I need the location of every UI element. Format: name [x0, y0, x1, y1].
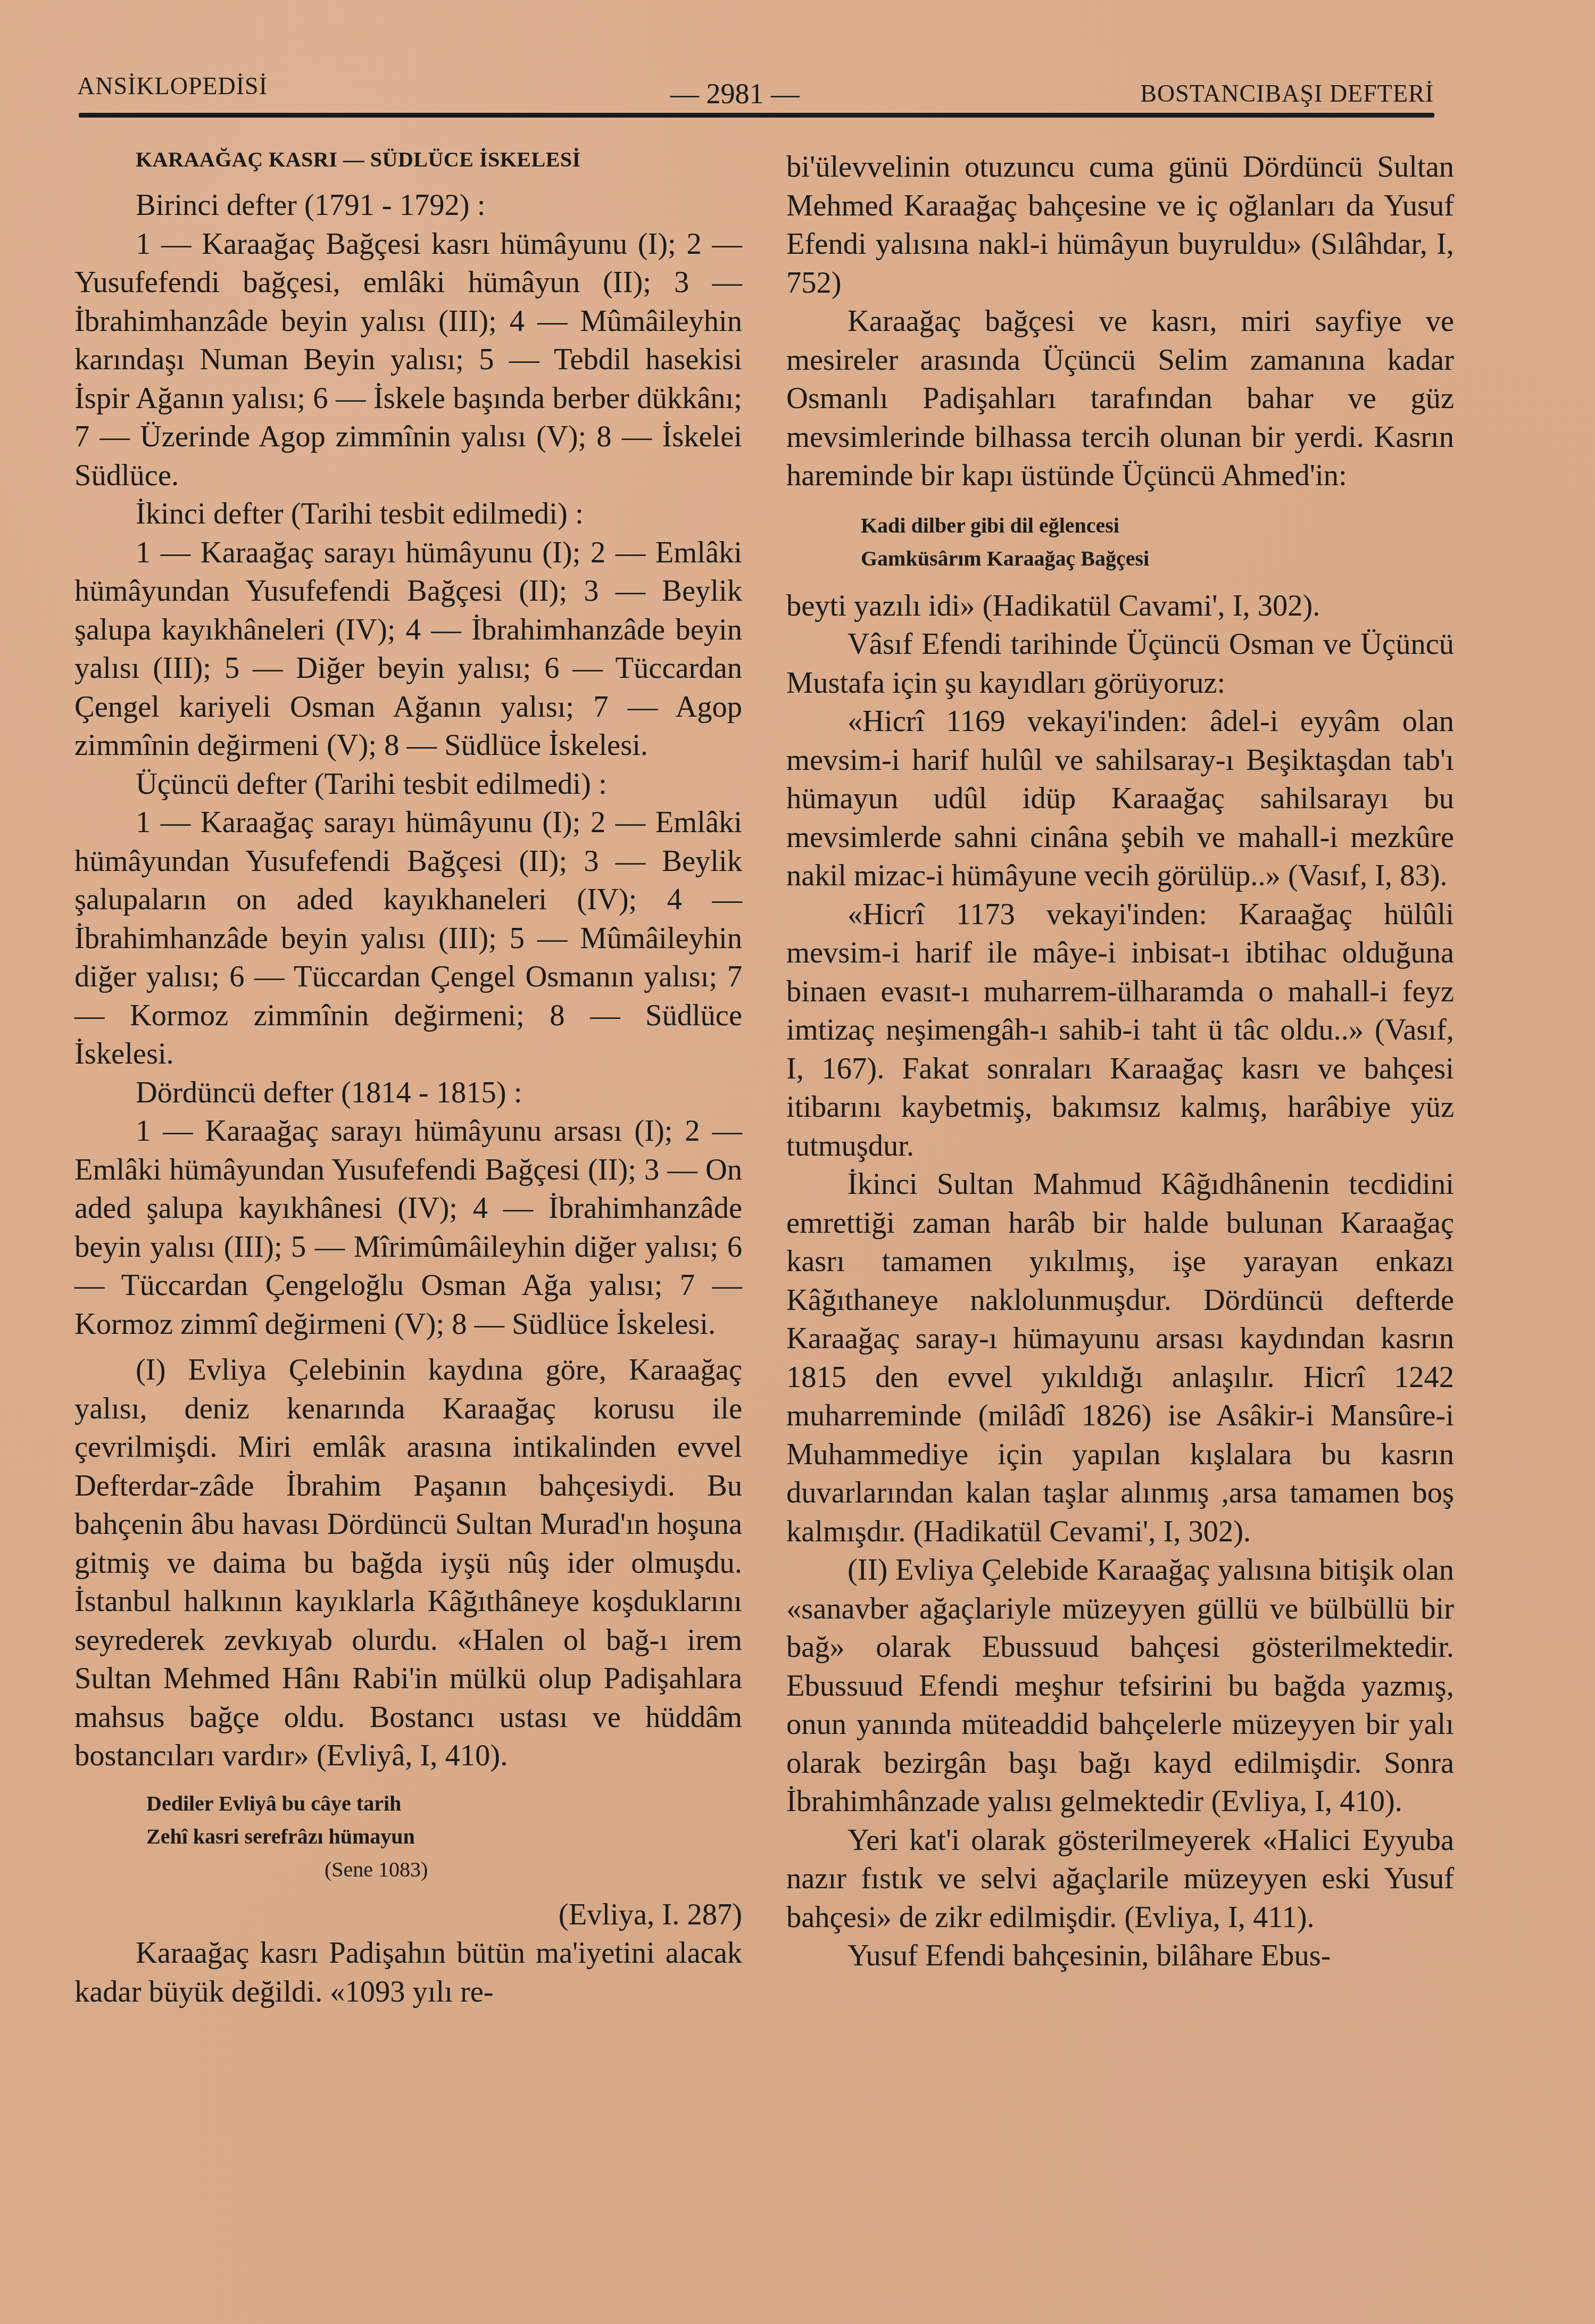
section-title: KARAAĞAÇ KASRI — SÜDLÜCE İSKELESİ — [74, 144, 742, 176]
paragraph: Karaağaç kasrı Padişahın bütün ma'iyetin… — [74, 1934, 742, 2011]
footnote-paragraph: (II) Evliya Çelebide Karaağaç yalısına b… — [786, 1551, 1454, 1821]
paragraph: Birinci defter (1791 - 1792) : — [74, 186, 742, 225]
header-right-title: BOSTANCIBAŞI DEFTERİ — [1140, 79, 1434, 107]
verse-line: Zehî kasri serefrâzı hümayun — [146, 1820, 742, 1853]
page-number: — 2981 — — [670, 77, 800, 110]
paragraph: «Hicrî 1173 vekayi'inden: Karaağaç hülûl… — [786, 895, 1454, 1166]
verse-year: (Sene 1083) — [146, 1853, 742, 1886]
paragraph: Üçüncü defter (Tarihi tesbit edilmedi) : — [74, 765, 742, 804]
paragraph: Yusuf Efendi bahçesinin, bilâhare Ebus- — [786, 1937, 1454, 1976]
paragraph: 1 — Karaağaç Bağçesi kasrı hümâyunu (I);… — [74, 225, 742, 495]
verse-line: Gamküsârım Karaağaç Bağçesi — [861, 542, 1454, 575]
left-column: KARAAĞAÇ KASRI — SÜDLÜCE İSKELESİ Birinc… — [74, 139, 742, 2011]
right-column: bi'ülevvelinin otuzuncu cuma günü Dördün… — [786, 148, 1454, 1976]
paragraph: 1 — Karaağaç sarayı hümâyunu (I); 2 — Em… — [74, 803, 742, 1074]
verse-block: Kadi dilber gibi dil eğlencesi Gamküsârı… — [786, 509, 1454, 575]
paragraph: Vâsıf Efendi tarihinde Üçüncü Osman ve Ü… — [786, 625, 1454, 702]
footnote-paragraph: (I) Evliya Çelebinin kaydına göre, Karaa… — [74, 1351, 742, 1775]
header-left-title: ANSİKLOPEDİSİ — [77, 72, 268, 100]
paragraph: bi'ülevvelinin otuzuncu cuma günü Dördün… — [786, 148, 1454, 302]
paragraph: beyti yazılı idi» (Hadikatül Cavami', I,… — [786, 587, 1454, 626]
paragraph: Dördüncü defter (1814 - 1815) : — [74, 1074, 742, 1113]
paragraph: Karaağaç bağçesi ve kasrı, miri sayfiye … — [786, 302, 1454, 495]
paragraph: İkinci defter (Tarihi tesbit edilmedi) : — [74, 495, 742, 534]
verse-line: Dediler Evliyâ bu câye tarih — [146, 1787, 742, 1820]
running-header: ANSİKLOPEDİSİ — 2981 — BOSTANCIBAŞI DEFT… — [77, 72, 1434, 114]
paragraph: 1 — Karaağaç sarayı hümâyunu arsası (I);… — [74, 1112, 742, 1343]
verse-line: Kadi dilber gibi dil eğlencesi — [861, 509, 1454, 542]
paragraph: Yeri kat'i olarak gösterilmeyerek «Halic… — [786, 1821, 1454, 1937]
paragraph: «Hicrî 1169 vekayi'inden: âdel-i eyyâm o… — [786, 702, 1454, 895]
header-rule — [79, 113, 1434, 118]
paragraph: İkinci Sultan Mahmud Kâğıdhânenin tecdid… — [786, 1165, 1454, 1551]
paragraph: 1 — Karaağaç sarayı hümâyunu (I); 2 — Em… — [74, 534, 742, 765]
citation: (Evliya, I. 287) — [74, 1896, 742, 1935]
verse-block: Dediler Evliyâ bu câye tarih Zehî kasri … — [74, 1787, 742, 1886]
